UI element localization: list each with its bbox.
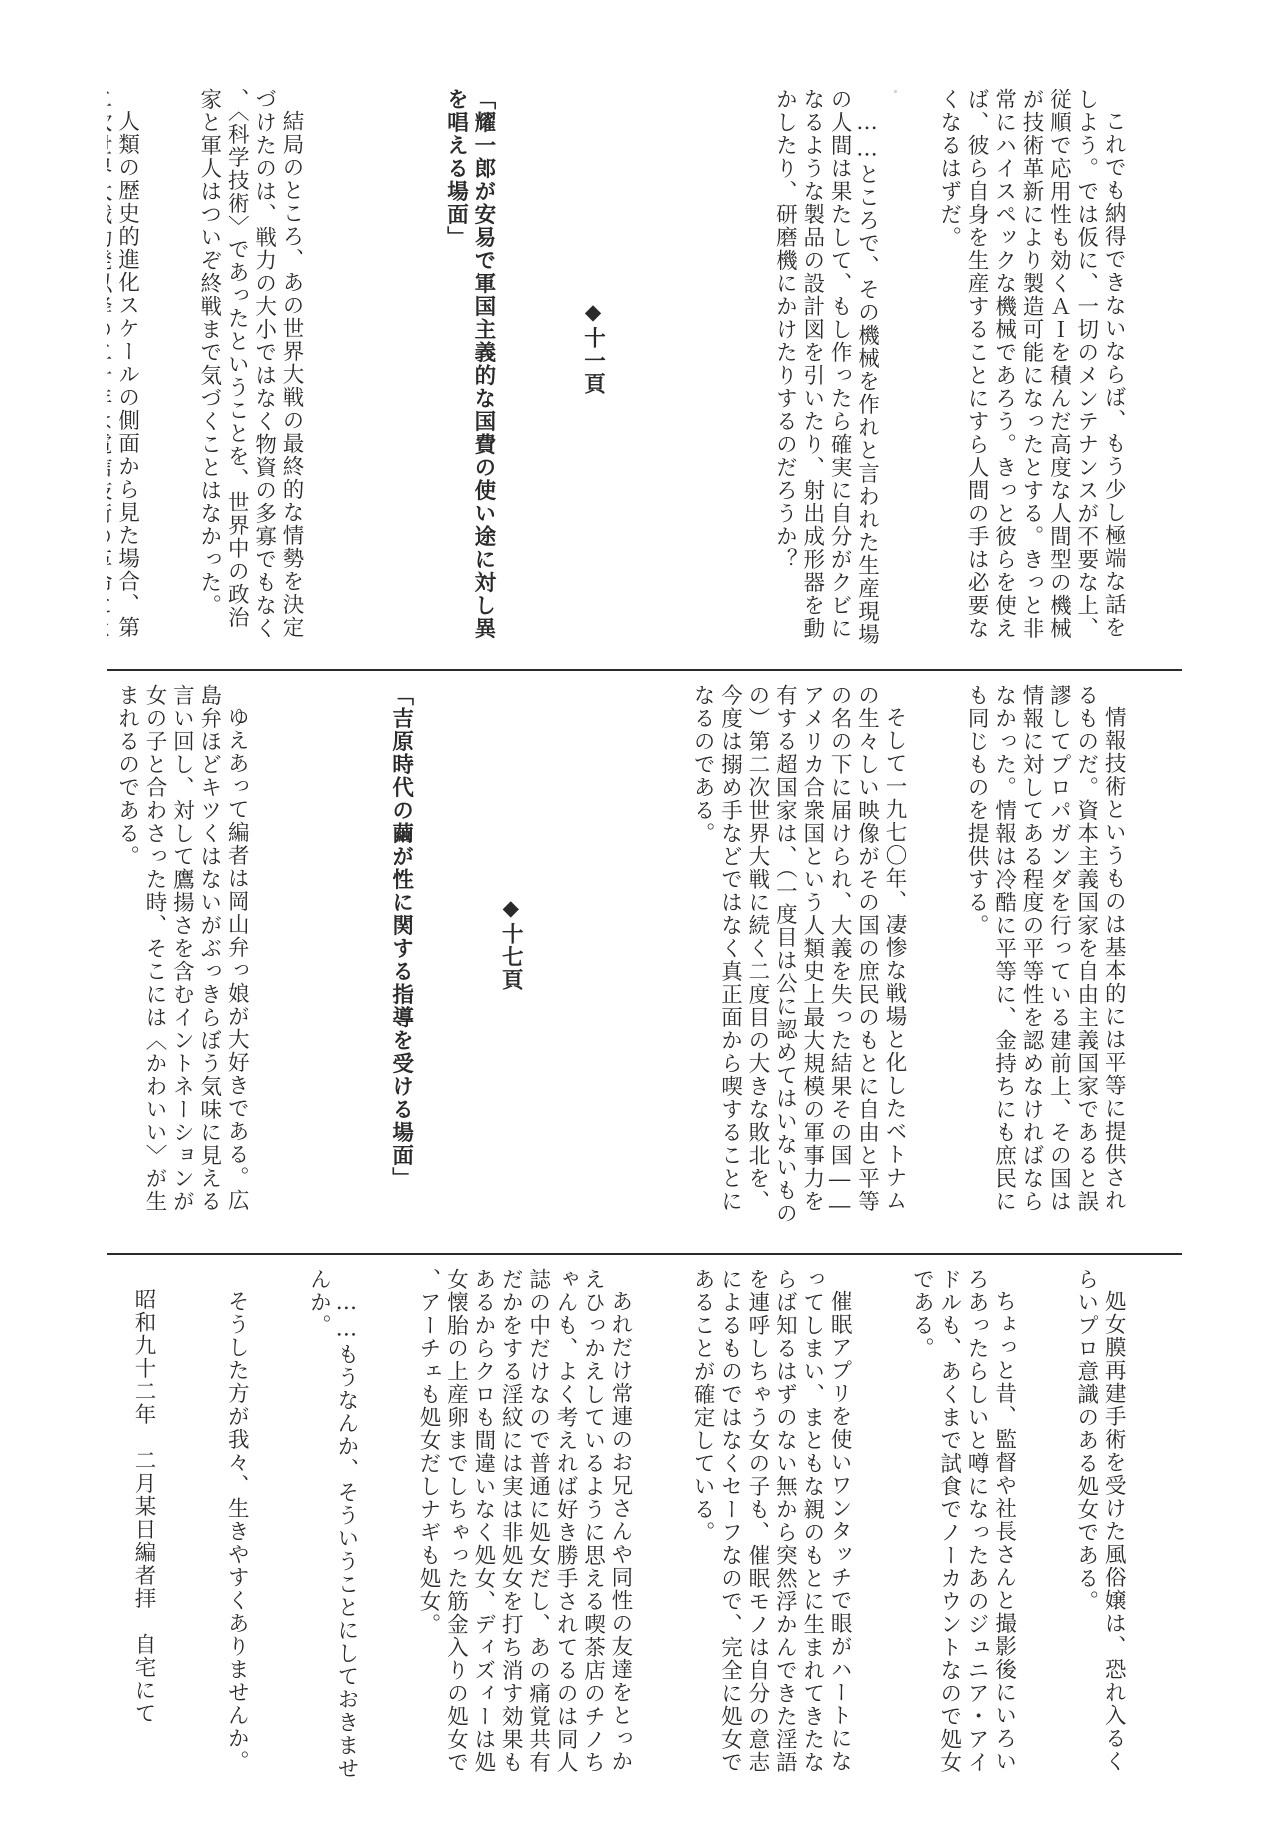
paragraph: ちょっと昔、監督や社長さんと撮影後にいろいろあったらしいと噂になったあのジュニア… xyxy=(908,1268,1018,1788)
section-top-text: これでも納得できないならば、もう少し極端な話をしよう。では仮に、一切のメンテナン… xyxy=(107,88,1182,648)
signature-place: 自宅にて xyxy=(131,1633,156,1725)
paragraph: ……ところで、その機械を作れと言われた生産現場の人間は果たして、もし作ったら確実… xyxy=(771,88,881,648)
paragraph: 人類の歴史的進化スケールの側面から見た場合、第二次世界大戦勃発以降の二十年は電信… xyxy=(107,88,141,648)
signature-date: 昭和九十二年 二月某日 xyxy=(131,1288,156,1541)
section-bottom-text: 処女膜再建手術を受けた風俗嬢は、恐れ入るくらいプロ意識のある処女である。 ちょっ… xyxy=(107,1268,1182,1788)
section-divider xyxy=(107,1253,1182,1255)
signature-space xyxy=(131,1610,156,1633)
paragraph: そして一九七〇年、凄惨な戦場と化したベトナムの生々しい映像がその国の庶民のもとに… xyxy=(689,684,908,1234)
paragraph-spacer xyxy=(606,684,633,1234)
diamond-bullet-icon: ◆ xyxy=(579,300,606,327)
paragraph-spacer xyxy=(689,88,716,648)
paragraph: あれだけ常連のお兄さんや同性の友達をとっかえひっかえしているように思える喫茶店の… xyxy=(415,1268,634,1788)
section-middle: 情報技術というものは基本的には平等に提供されるものだ。資本主義国家を自由主義国家… xyxy=(107,684,1182,1234)
section-middle-text: 情報技術というものは基本的には平等に提供されるものだ。資本主義国家を自由主義国家… xyxy=(107,684,1182,1234)
heading-page-number: 十七頁 xyxy=(498,923,523,992)
paragraph: 情報技術というものは基本的には平等に提供されるものだ。資本主義国家を自由主義国家… xyxy=(963,684,1127,1234)
paragraph-spacer xyxy=(305,684,332,1234)
section-bottom: 処女膜再建手術を受けた風俗嬢は、恐れ入るくらいプロ意識のある処女である。 ちょっ… xyxy=(107,1268,1182,1788)
section-top: これでも納得できないならば、もう少し極端な話をしよう。では仮に、一切のメンテナン… xyxy=(107,88,1182,648)
document-page: これでも納得できないならば、もう少し極端な話をしよう。では仮に、一切のメンテナン… xyxy=(0,0,1280,1824)
heading-page-number: 十一頁 xyxy=(580,327,605,396)
paragraph-spacer xyxy=(360,88,387,648)
paragraph: 処女膜再建手術を受けた風俗嬢は、恐れ入るくらいプロ意識のある処女である。 xyxy=(1072,1268,1127,1788)
paragraph: ゆえあって編者は岡山弁っ娘が大好きである。広島弁ほどキツくはないがぶっきらぼう気… xyxy=(113,684,250,1234)
section-divider xyxy=(107,669,1182,671)
signature-author: 編者拝 xyxy=(131,1541,156,1610)
section-heading-11: ◆十一頁 xyxy=(552,88,634,648)
heading-title: 「耀一郎が安易で軍国主義的な国費の使い途に対し異を唱える場面」 xyxy=(442,88,497,648)
paragraph: 催眠アプリを使いワンタッチで眼がハートになってしまい、まともな親のもとに生まれて… xyxy=(689,1268,853,1788)
paragraph: そうした方が我々、生きやすくありませんか。 xyxy=(223,1268,250,1788)
signature: 昭和九十二年 二月某日編者拝 自宅にて xyxy=(128,1288,159,1758)
section-heading-17: ◆十七頁 xyxy=(469,684,551,1234)
diamond-bullet-icon: ◆ xyxy=(497,896,524,923)
paragraph: これでも納得できないならば、もう少し極端な話をしよう。では仮に、一切のメンテナン… xyxy=(935,88,1127,648)
paragraph: ……もうなんか、そういうことにしておきませんか。 xyxy=(305,1268,360,1788)
heading-title: 「吉原時代の繭が性に関する指導を受ける場面」 xyxy=(387,684,414,1234)
paragraph: 結局のところ、あの世界大戦の最終的な情勢を決定づけたのは、戦力の大小ではなく物資… xyxy=(195,88,305,648)
